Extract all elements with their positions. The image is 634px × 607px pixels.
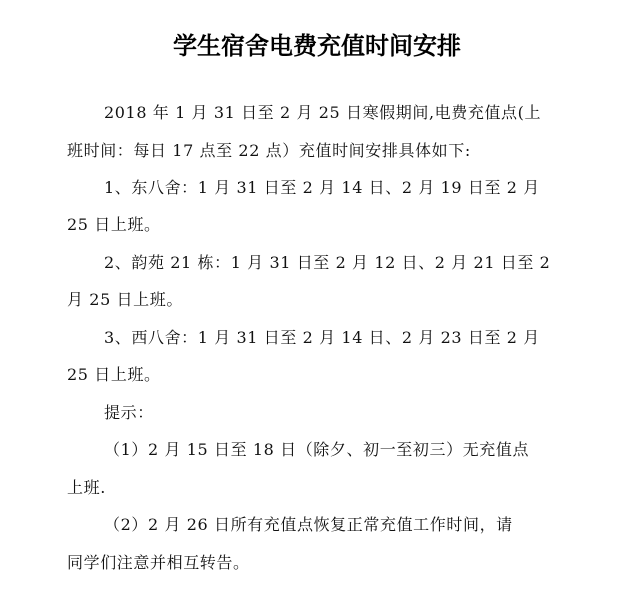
tip-2-line-1: （2）2 月 26 日所有充值点恢复正常充值工作时间，请 bbox=[104, 514, 604, 536]
document-title: 学生宿舍电费充值时间安排 bbox=[0, 30, 634, 62]
intro-line-1: 2018 年 1 月 31 日至 2 月 25 日寒假期间,电费充值点(上 bbox=[104, 102, 604, 124]
tips-heading: 提示： bbox=[104, 402, 604, 424]
item-2-line-2: 月 25 日上班。 bbox=[67, 289, 567, 311]
item-1-line-1: 1、东八舍：1 月 31 日至 2 月 14 日、2 月 19 日至 2 月 bbox=[104, 177, 604, 199]
item-3-line-2: 25 日上班。 bbox=[67, 364, 567, 386]
item-2-line-1: 2、韵苑 21 栋：1 月 31 日至 2 月 12 日、2 月 21 日至 2 bbox=[104, 252, 604, 274]
item-3-line-1: 3、西八舍：1 月 31 日至 2 月 14 日、2 月 23 日至 2 月 bbox=[104, 327, 604, 349]
tip-1-line-1: （1）2 月 15 日至 18 日（除夕、初一至初三）无充值点 bbox=[104, 439, 604, 461]
intro-line-2: 班时间：每日 17 点至 22 点）充值时间安排具体如下: bbox=[67, 140, 567, 162]
tip-1-line-2: 上班. bbox=[67, 477, 567, 499]
tip-2-line-2: 同学们注意并相互转告。 bbox=[67, 552, 567, 574]
item-1-line-2: 25 日上班。 bbox=[67, 214, 567, 236]
